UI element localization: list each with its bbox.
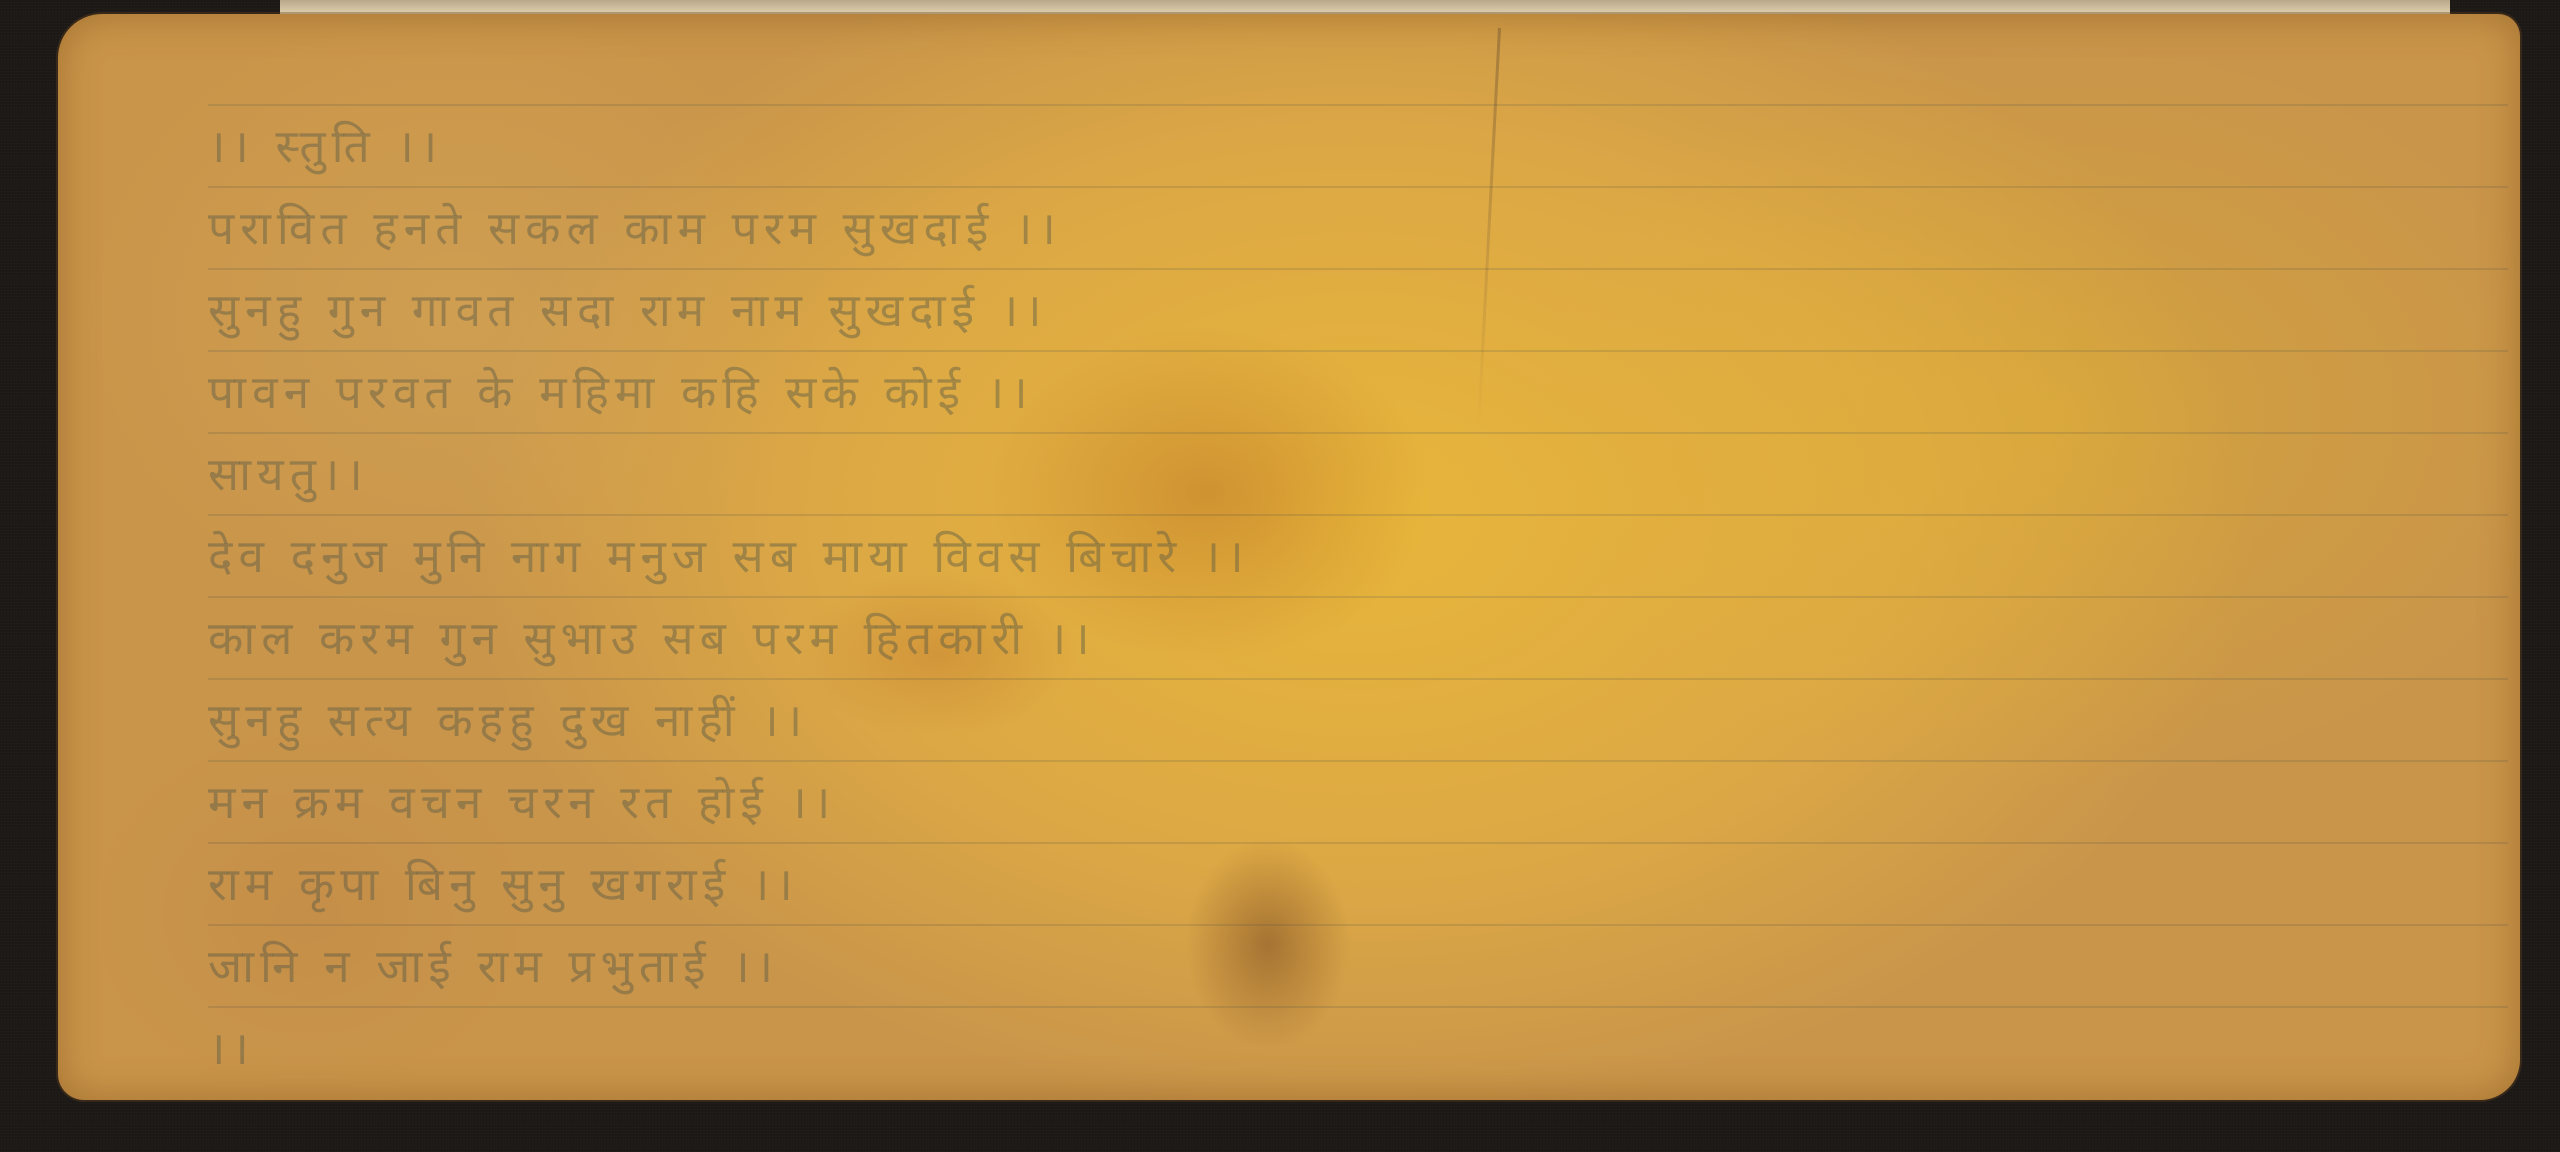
manuscript-leaf: ।। स्तुति ।। परावित हनते सकल काम परम सुख… <box>58 14 2520 1100</box>
manuscript-line: ।। <box>208 1006 2508 1088</box>
manuscript-line: सुनहु गुन गावत सदा राम नाम सुखदाई ।। <box>208 268 2508 350</box>
manuscript-line: परावित हनते सकल काम परम सुखदाई ।। <box>208 186 2508 268</box>
manuscript-line: जानि न जाई राम प्रभुताई ।। <box>208 924 2508 1006</box>
manuscript-text-block: ।। स्तुति ।। परावित हनते सकल काम परम सुख… <box>208 104 2508 1064</box>
manuscript-line: काल करम गुन सुभाउ सब परम हितकारी ।। <box>208 596 2508 678</box>
manuscript-line: सायतु।। <box>208 432 2508 514</box>
manuscript-line: ।। स्तुति ।। <box>208 104 2508 186</box>
manuscript-line: सुनहु सत्य कहहु दुख नाहीं ।। <box>208 678 2508 760</box>
manuscript-line: पावन परवत के महिमा कहि सके कोई ।। <box>208 350 2508 432</box>
manuscript-line: राम कृपा बिनु सुनु खगराई ।। <box>208 842 2508 924</box>
manuscript-line: मन क्रम वचन चरन रत होई ।। <box>208 760 2508 842</box>
manuscript-line: देव दनुज मुनि नाग मनुज सब माया विवस बिचा… <box>208 514 2508 596</box>
